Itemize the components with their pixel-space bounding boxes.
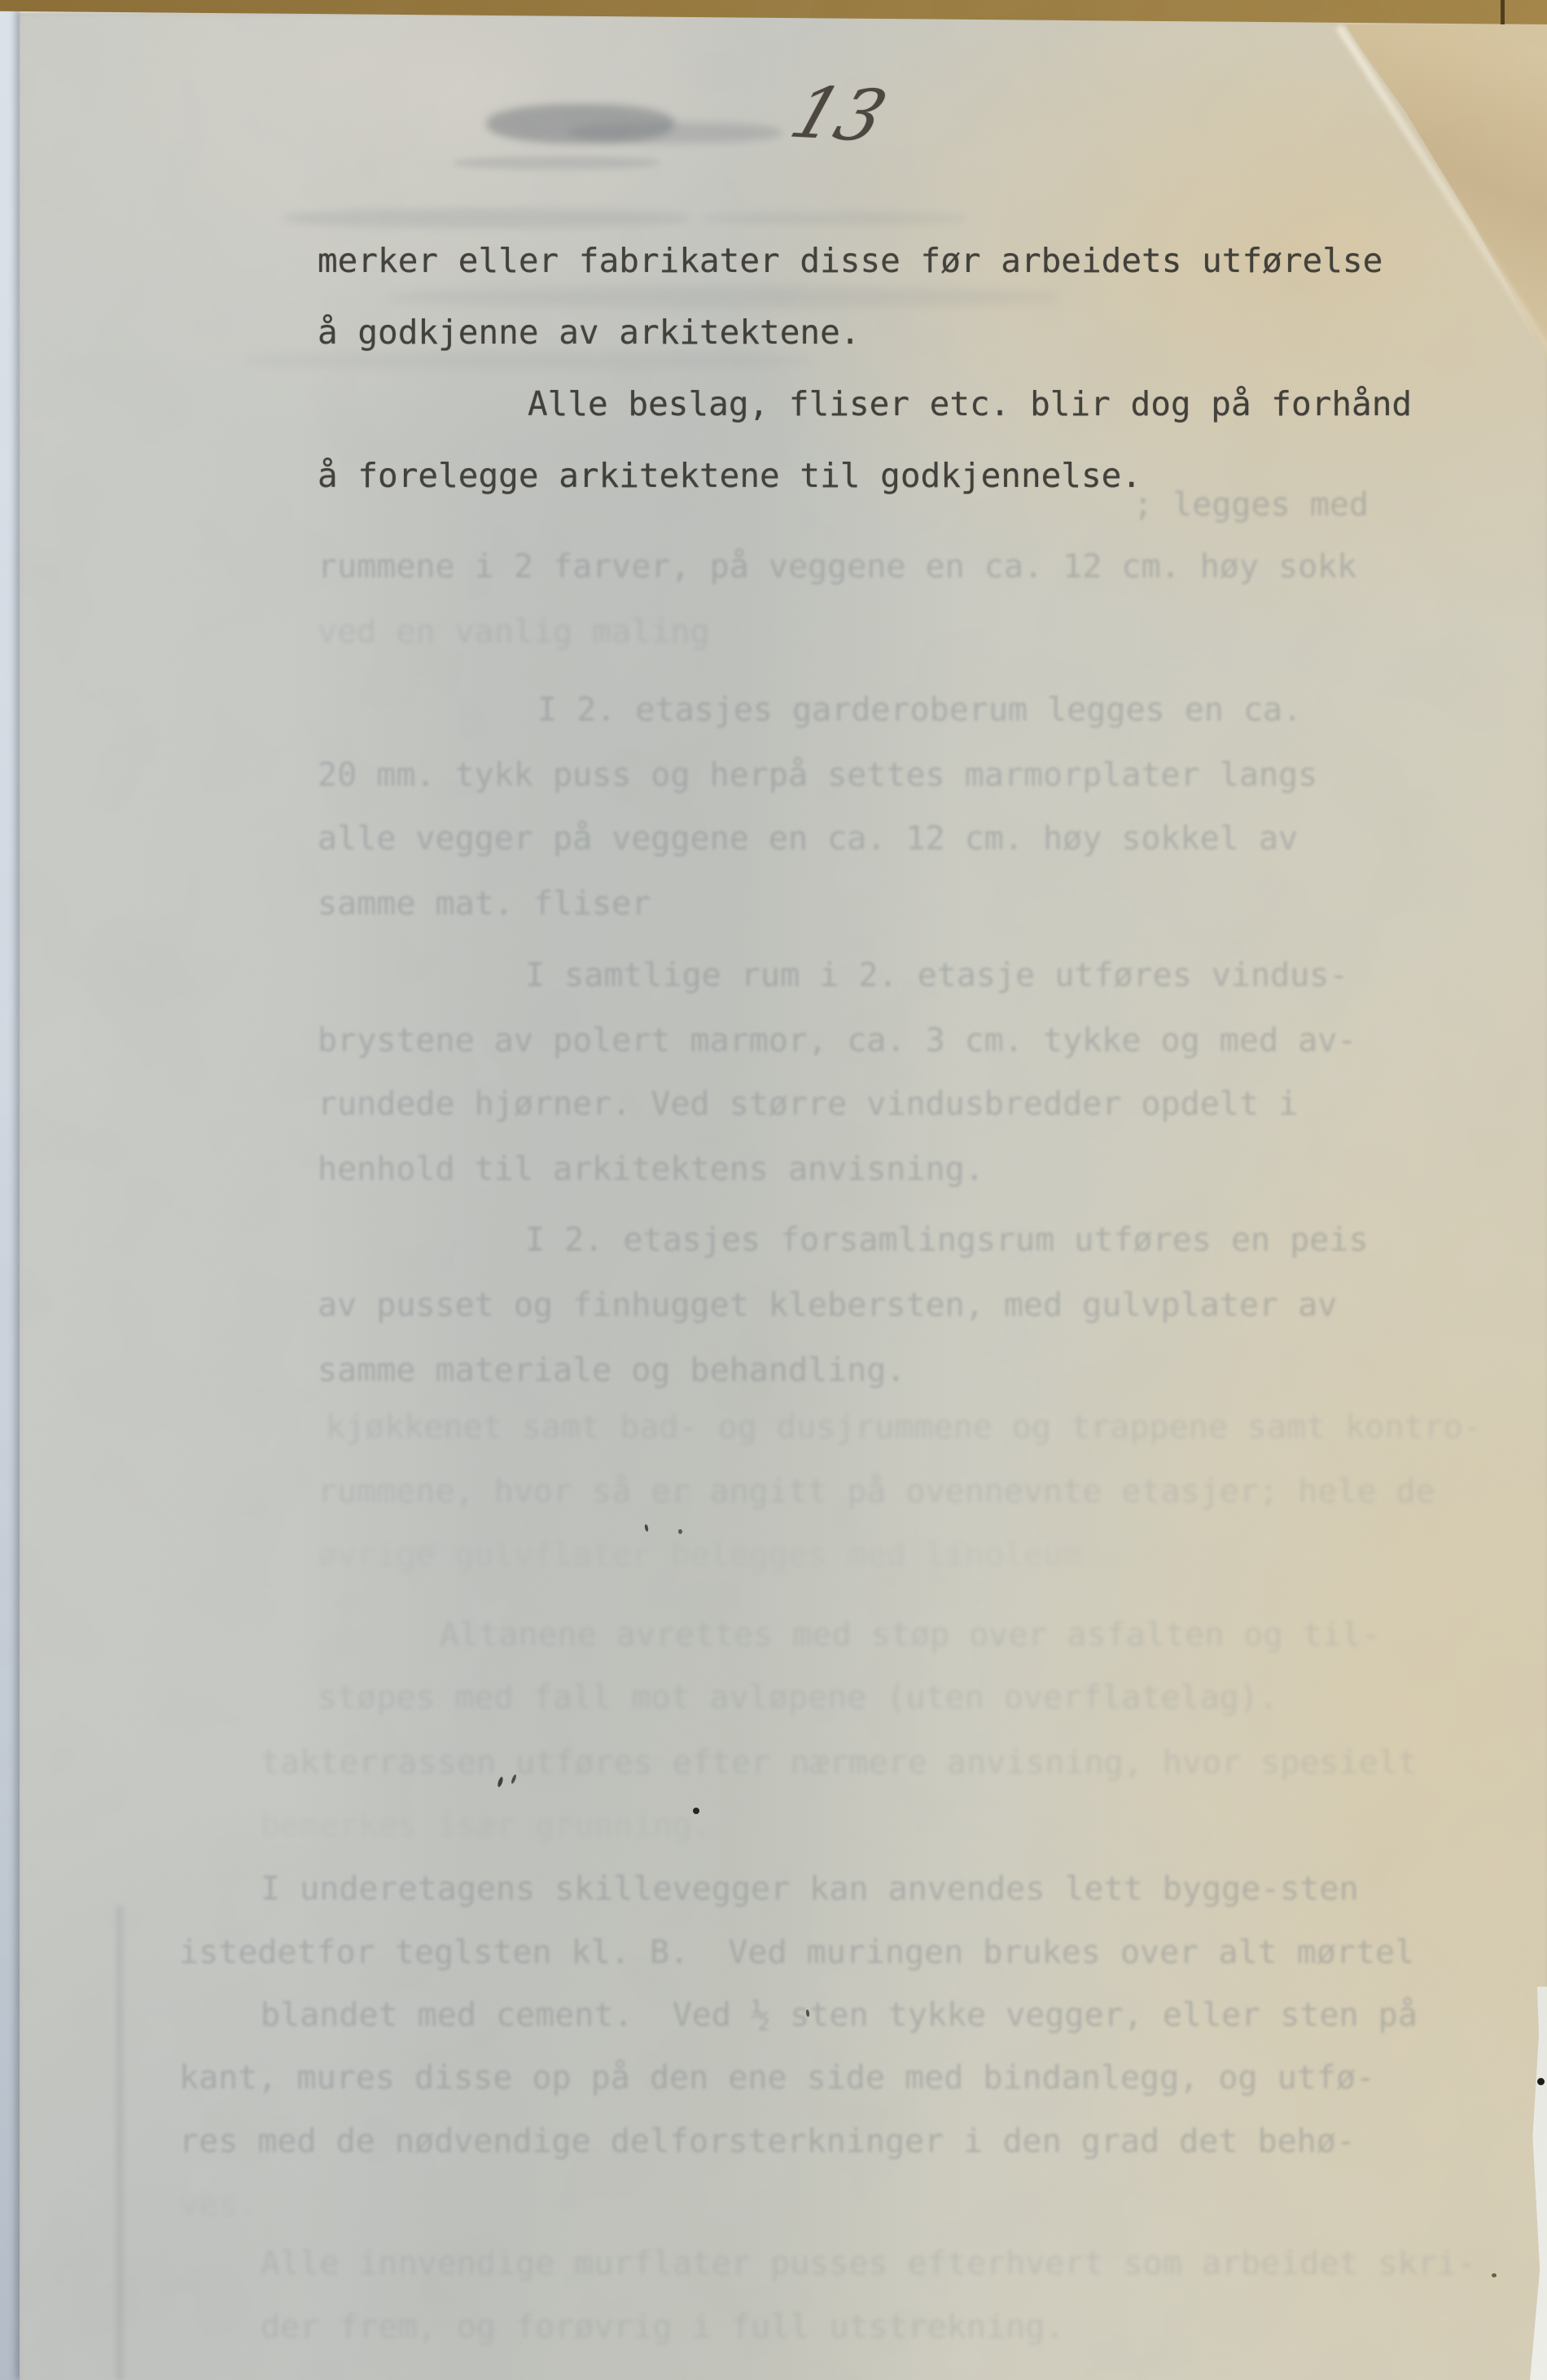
typed-line: å forelegge arkitektene til godkjennelse…	[318, 459, 1142, 493]
ghost-line: I 2. etasjes forsamlingsrum utføres en p…	[525, 1224, 1369, 1256]
ghost-line: istedetfor teglsten kl. B. Ved muringen …	[179, 1936, 1414, 1969]
ghost-line: Altanene avrettes med støp over asfalten…	[440, 1619, 1381, 1651]
ghost-line: I 2. etasjes garderoberum legges en ca.	[537, 694, 1302, 726]
content-layer: 13 ; legges medrummene i 2 farver, på ve…	[0, 0, 1547, 2380]
typed-line: merker eller fabrikater disse før arbeid…	[318, 244, 1383, 278]
ghost-line: rundede hjørner. Ved større vindusbredde…	[318, 1088, 1298, 1120]
ghost-line: øvrige gulvflater belegges med linoleum	[318, 1539, 1082, 1571]
ink-speck	[678, 1529, 682, 1534]
ink-smudge	[570, 122, 782, 143]
ghost-line: ves.	[179, 2189, 257, 2221]
ghost-line: brystene av polert marmor, ca. 3 cm. tyk…	[318, 1024, 1356, 1057]
ghost-line: rummene i 2 farver, på veggene en ca. 12…	[318, 550, 1356, 583]
ghost-line: der frem, og forøvrig i full utstrekning…	[261, 2311, 1064, 2343]
ghost-line: I samtlige rum i 2. etasje utføres vindu…	[525, 959, 1348, 992]
ink-smudge	[283, 208, 690, 228]
ink-speck	[1537, 2078, 1545, 2085]
photo-scene: 13 ; legges medrummene i 2 farver, på ve…	[0, 0, 1547, 2380]
ghost-line: kjøkkenet samt bad- og dusjrummene og tr…	[326, 1411, 1483, 1444]
typed-line: Alle beslag, fliser etc. blir dog på for…	[528, 388, 1412, 421]
ghost-line: av pusset og finhugget klebersten, med g…	[318, 1289, 1337, 1321]
ink-speck	[644, 1524, 649, 1532]
ghost-line: henhold til arkitektens anvisning.	[318, 1153, 984, 1186]
ghost-line: rummene, hvor så er angitt på ovennevnte…	[318, 1475, 1435, 1508]
ink-smudge	[699, 212, 967, 225]
ghost-line: samme mat. fliser	[318, 888, 651, 920]
ghost-line: bemerkes især grunning.	[261, 1809, 712, 1842]
ghost-line: takterrassen utføres efter nærmere anvis…	[261, 1747, 1418, 1779]
handwritten-page-number: 13	[782, 77, 894, 152]
ink-smudge	[453, 156, 660, 169]
ghost-line: blandet med cement. Ved ½ sten tykke veg…	[261, 1999, 1418, 2032]
ink-smudge	[391, 287, 1058, 308]
ghost-line: samme materiale og behandling.	[318, 1354, 905, 1387]
ghost-line: ved en vanlig maling	[318, 616, 710, 648]
ghost-line: alle vegger på veggene en ca. 12 cm. høy…	[318, 822, 1298, 855]
ink-smudge	[244, 352, 814, 370]
ghost-line: 20 mm. tykk puss og herpå settes marmorp…	[318, 759, 1317, 791]
ink-speck	[693, 1808, 699, 1814]
ink-speck	[1492, 2273, 1497, 2277]
ghost-line: res med de nødvendige delforsterkninger …	[179, 2125, 1356, 2158]
ghost-line: ; legges med	[1133, 489, 1369, 521]
ghost-line: I underetagens skillevegger kan anvendes…	[261, 1873, 1359, 1905]
ghost-line: kant, mures disse op på den ene side med…	[179, 2062, 1375, 2094]
typed-line: å godkjenne av arkitektene.	[318, 316, 860, 349]
ghost-line: Alle innvendige murflater pusses efterhv…	[261, 2247, 1476, 2280]
ghost-line: støpes med fall mot avløpene (uten overf…	[318, 1681, 1278, 1714]
